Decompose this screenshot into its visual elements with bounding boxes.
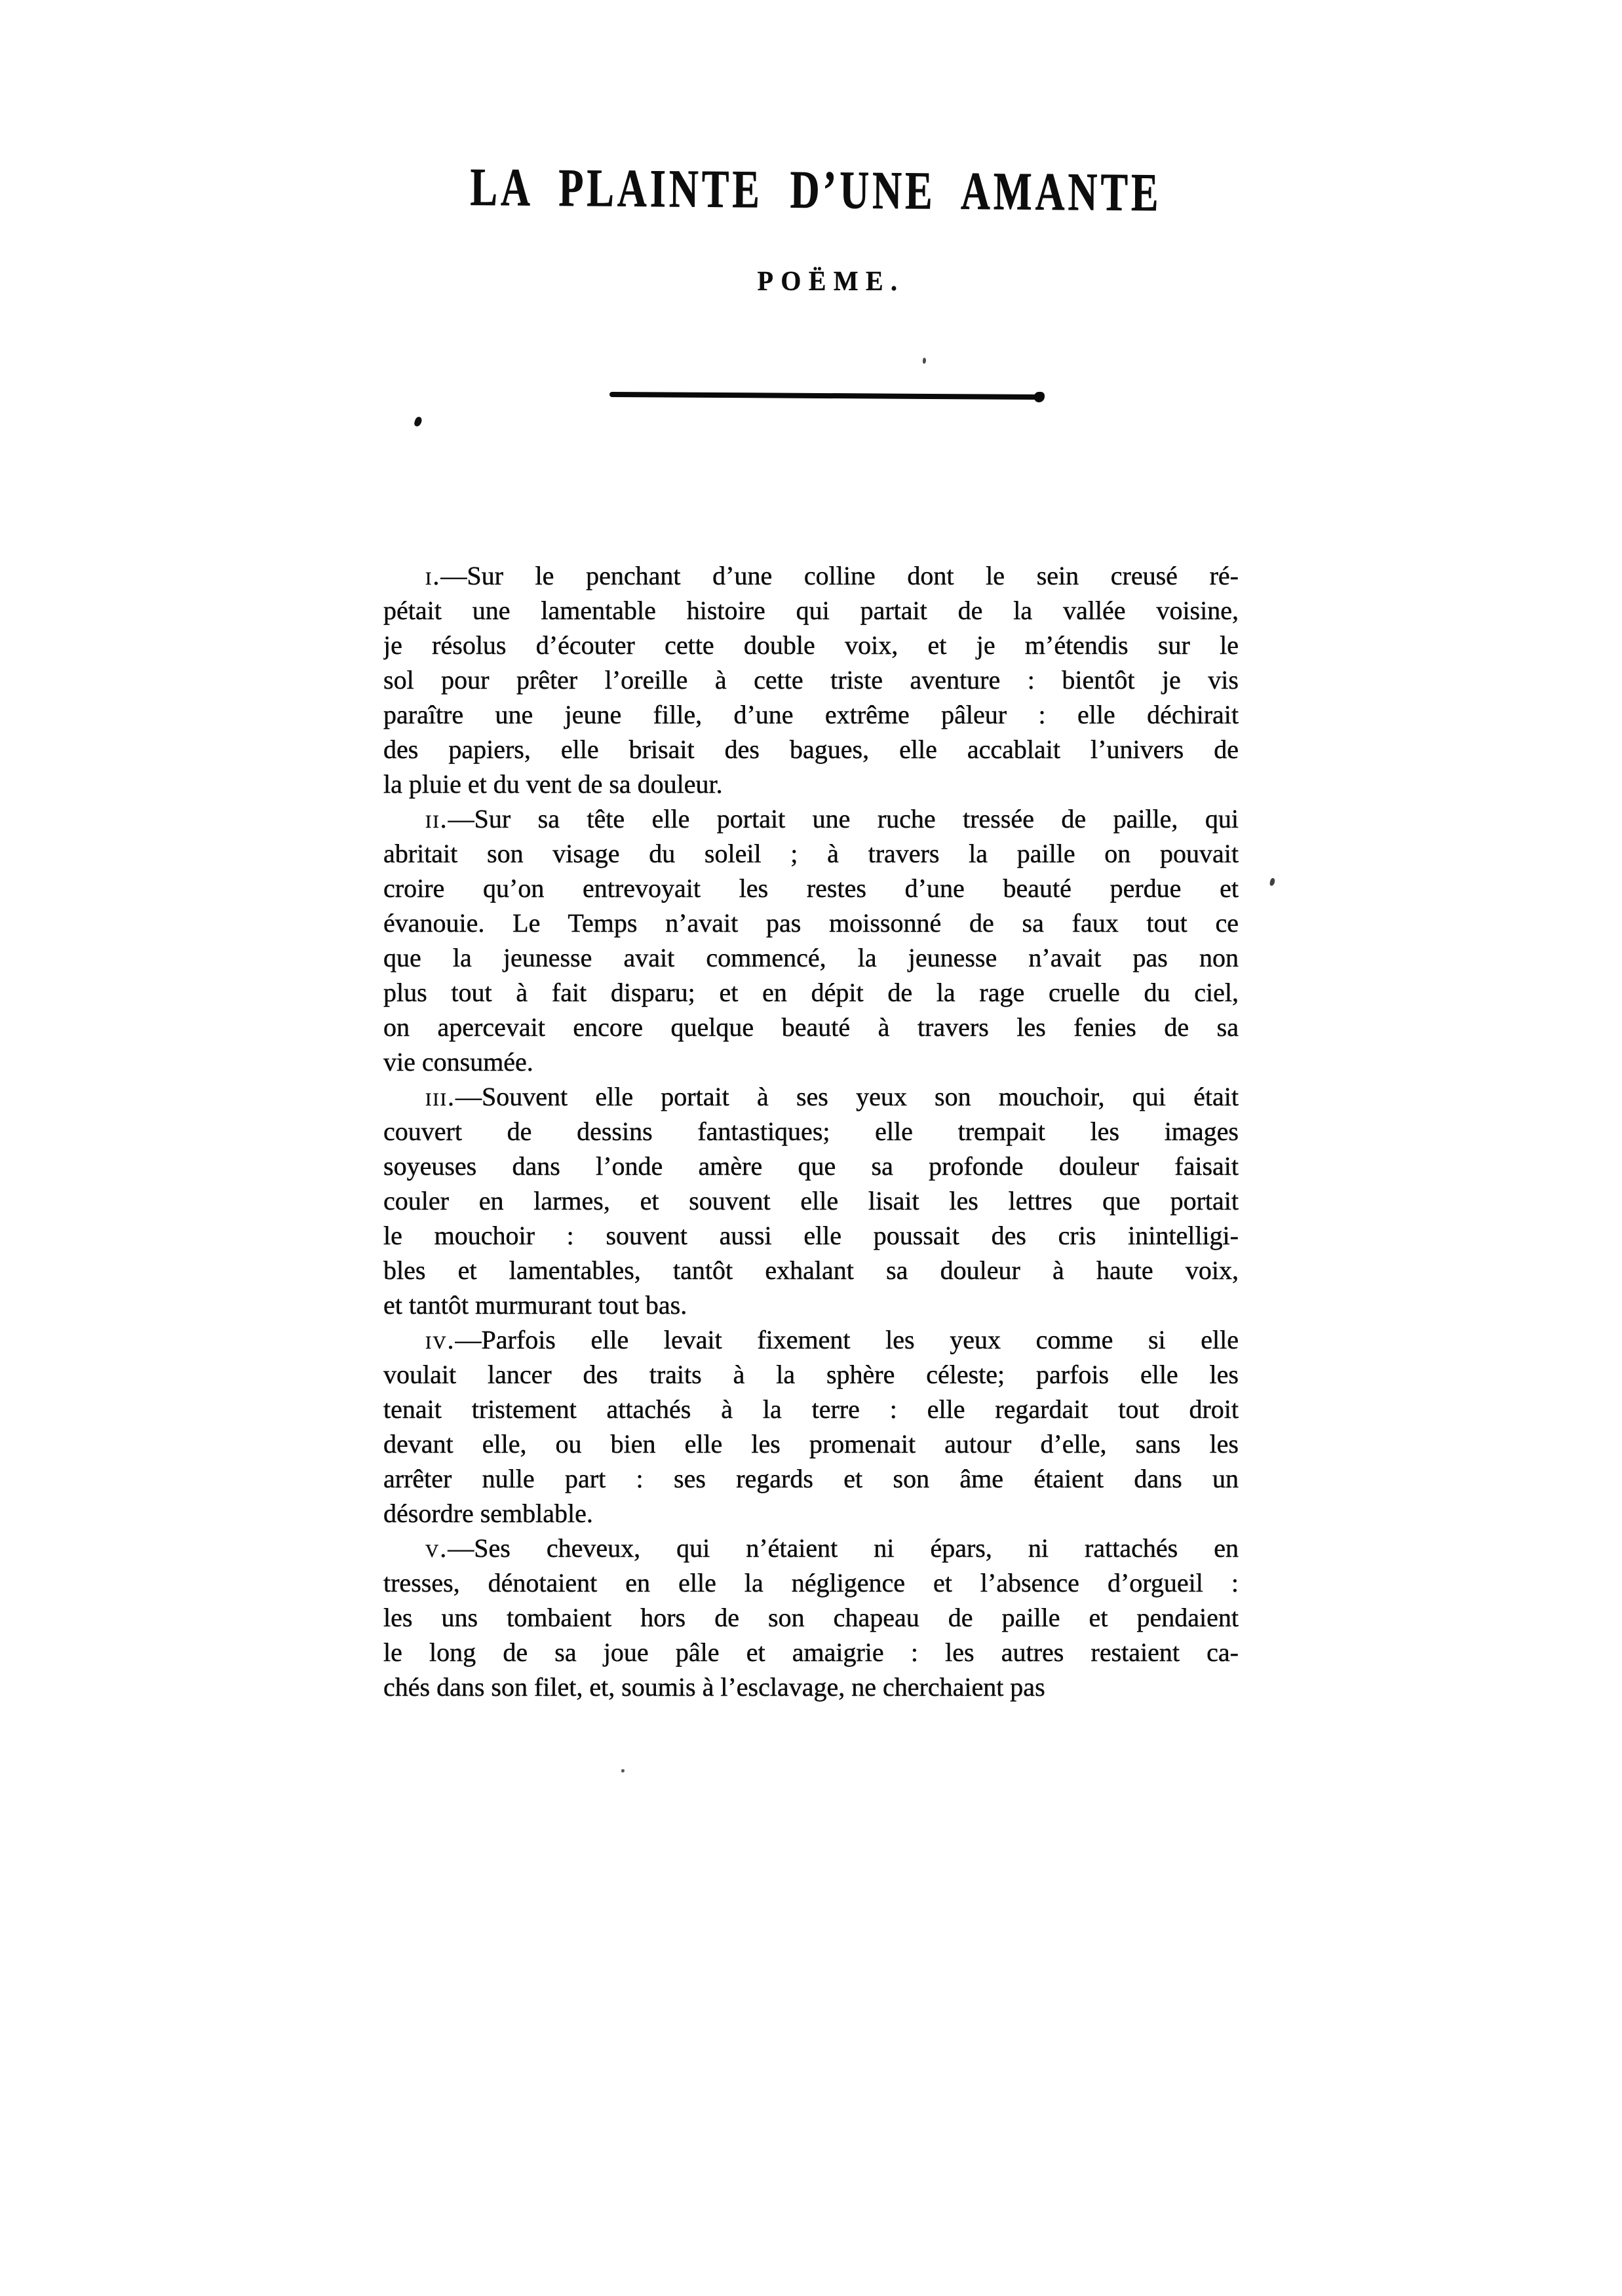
paragraph: ii.—Sur sa tête elle portait une ruche t… [383,801,1239,1079]
text-line: tresses, dénotaient en elle la négligenc… [383,1565,1239,1600]
text-line: évanouie. Le Temps n’avait pas moissonné… [383,906,1239,940]
text-line: sol pour prêter l’oreille à cette triste… [383,662,1239,697]
paragraph: iv.—Parfois elle levait fixement les yeu… [383,1322,1239,1531]
text-line: couvert de dessins fantastiques; elle tr… [383,1114,1239,1149]
text-line: pétait une lamentable histoire qui parta… [383,593,1239,628]
text-line: voulait lancer des traits à la sphère cé… [383,1357,1239,1392]
text-line: paraître une jeune fille, d’une extrême … [383,697,1239,732]
paragraph-numeral: iv. [425,1325,455,1354]
paragraph: i.—Sur le penchant d’une colline dont le… [383,558,1239,801]
ink-speck [923,358,926,364]
text-line: iii.—Souvent elle portait à ses yeux son… [383,1079,1239,1114]
text-line: et tantôt murmurant tout bas. [383,1288,1239,1322]
text-line: des papiers, elle brisait des bagues, el… [383,732,1239,767]
text-line: i.—Sur le penchant d’une colline dont le… [383,558,1239,593]
text-body: i.—Sur le penchant d’une colline dont le… [383,558,1239,1704]
paragraph-numeral: i. [425,561,440,590]
text-line: vie consumée. [383,1044,1239,1079]
paragraph-numeral: ii. [425,804,448,833]
text-line: devant elle, ou bien elle les promenait … [383,1426,1239,1461]
text-line: croire qu’on entrevoyait les restes d’un… [383,871,1239,906]
paragraph-numeral: v. [425,1533,448,1563]
ink-speck [621,1769,625,1772]
text-line: le long de sa joue pâle et amaigrie : le… [383,1635,1239,1670]
text-line: iv.—Parfois elle levait fixement les yeu… [383,1322,1239,1357]
text-line: abritait son visage du soleil ; à traver… [383,836,1239,871]
text-line: tenait tristement attachés à la terre : … [383,1392,1239,1426]
page-title: LA PLAINTE D’UNE AMANTE [467,161,1165,220]
text-line: que la jeunesse avait commencé, la jeune… [383,940,1239,975]
ink-speck [1269,877,1275,886]
paragraph: v.—Ses cheveux, qui n’étaient ni épars, … [383,1531,1239,1704]
text-line: bles et lamentables, tantôt exhalant sa … [383,1253,1239,1288]
text-line: chés dans son filet, et, soumis à l’escl… [383,1670,1239,1704]
decorative-rule [609,392,1042,400]
text-line: ii.—Sur sa tête elle portait une ruche t… [383,801,1239,836]
paragraph: iii.—Souvent elle portait à ses yeux son… [383,1079,1239,1322]
text-line: désordre semblable. [383,1496,1239,1531]
text-line: la pluie et du vent de sa douleur. [383,767,1239,801]
text-line: v.—Ses cheveux, qui n’étaient ni épars, … [383,1531,1239,1565]
text-line: arrêter nulle part : ses regards et son … [383,1461,1239,1496]
text-line: plus tout à fait disparu; et en dépit de… [383,975,1239,1010]
text-line: les uns tombaient hors de son chapeau de… [383,1600,1239,1635]
paragraph-numeral: iii. [425,1082,455,1111]
page-subtitle: POËME. [676,266,987,297]
text-line: le mouchoir : souvent aussi elle poussai… [383,1218,1239,1253]
text-line: je résolus d’écouter cette double voix, … [383,628,1239,662]
book-page: LA PLAINTE D’UNE AMANTE POËME. i.—Sur le… [0,0,1622,2296]
text-line: soyeuses dans l’onde amère que sa profon… [383,1149,1239,1183]
ink-speck [414,416,423,427]
text-line: couler en larmes, et souvent elle lisait… [383,1183,1239,1218]
text-line: on apercevait encore quelque beauté à tr… [383,1010,1239,1044]
